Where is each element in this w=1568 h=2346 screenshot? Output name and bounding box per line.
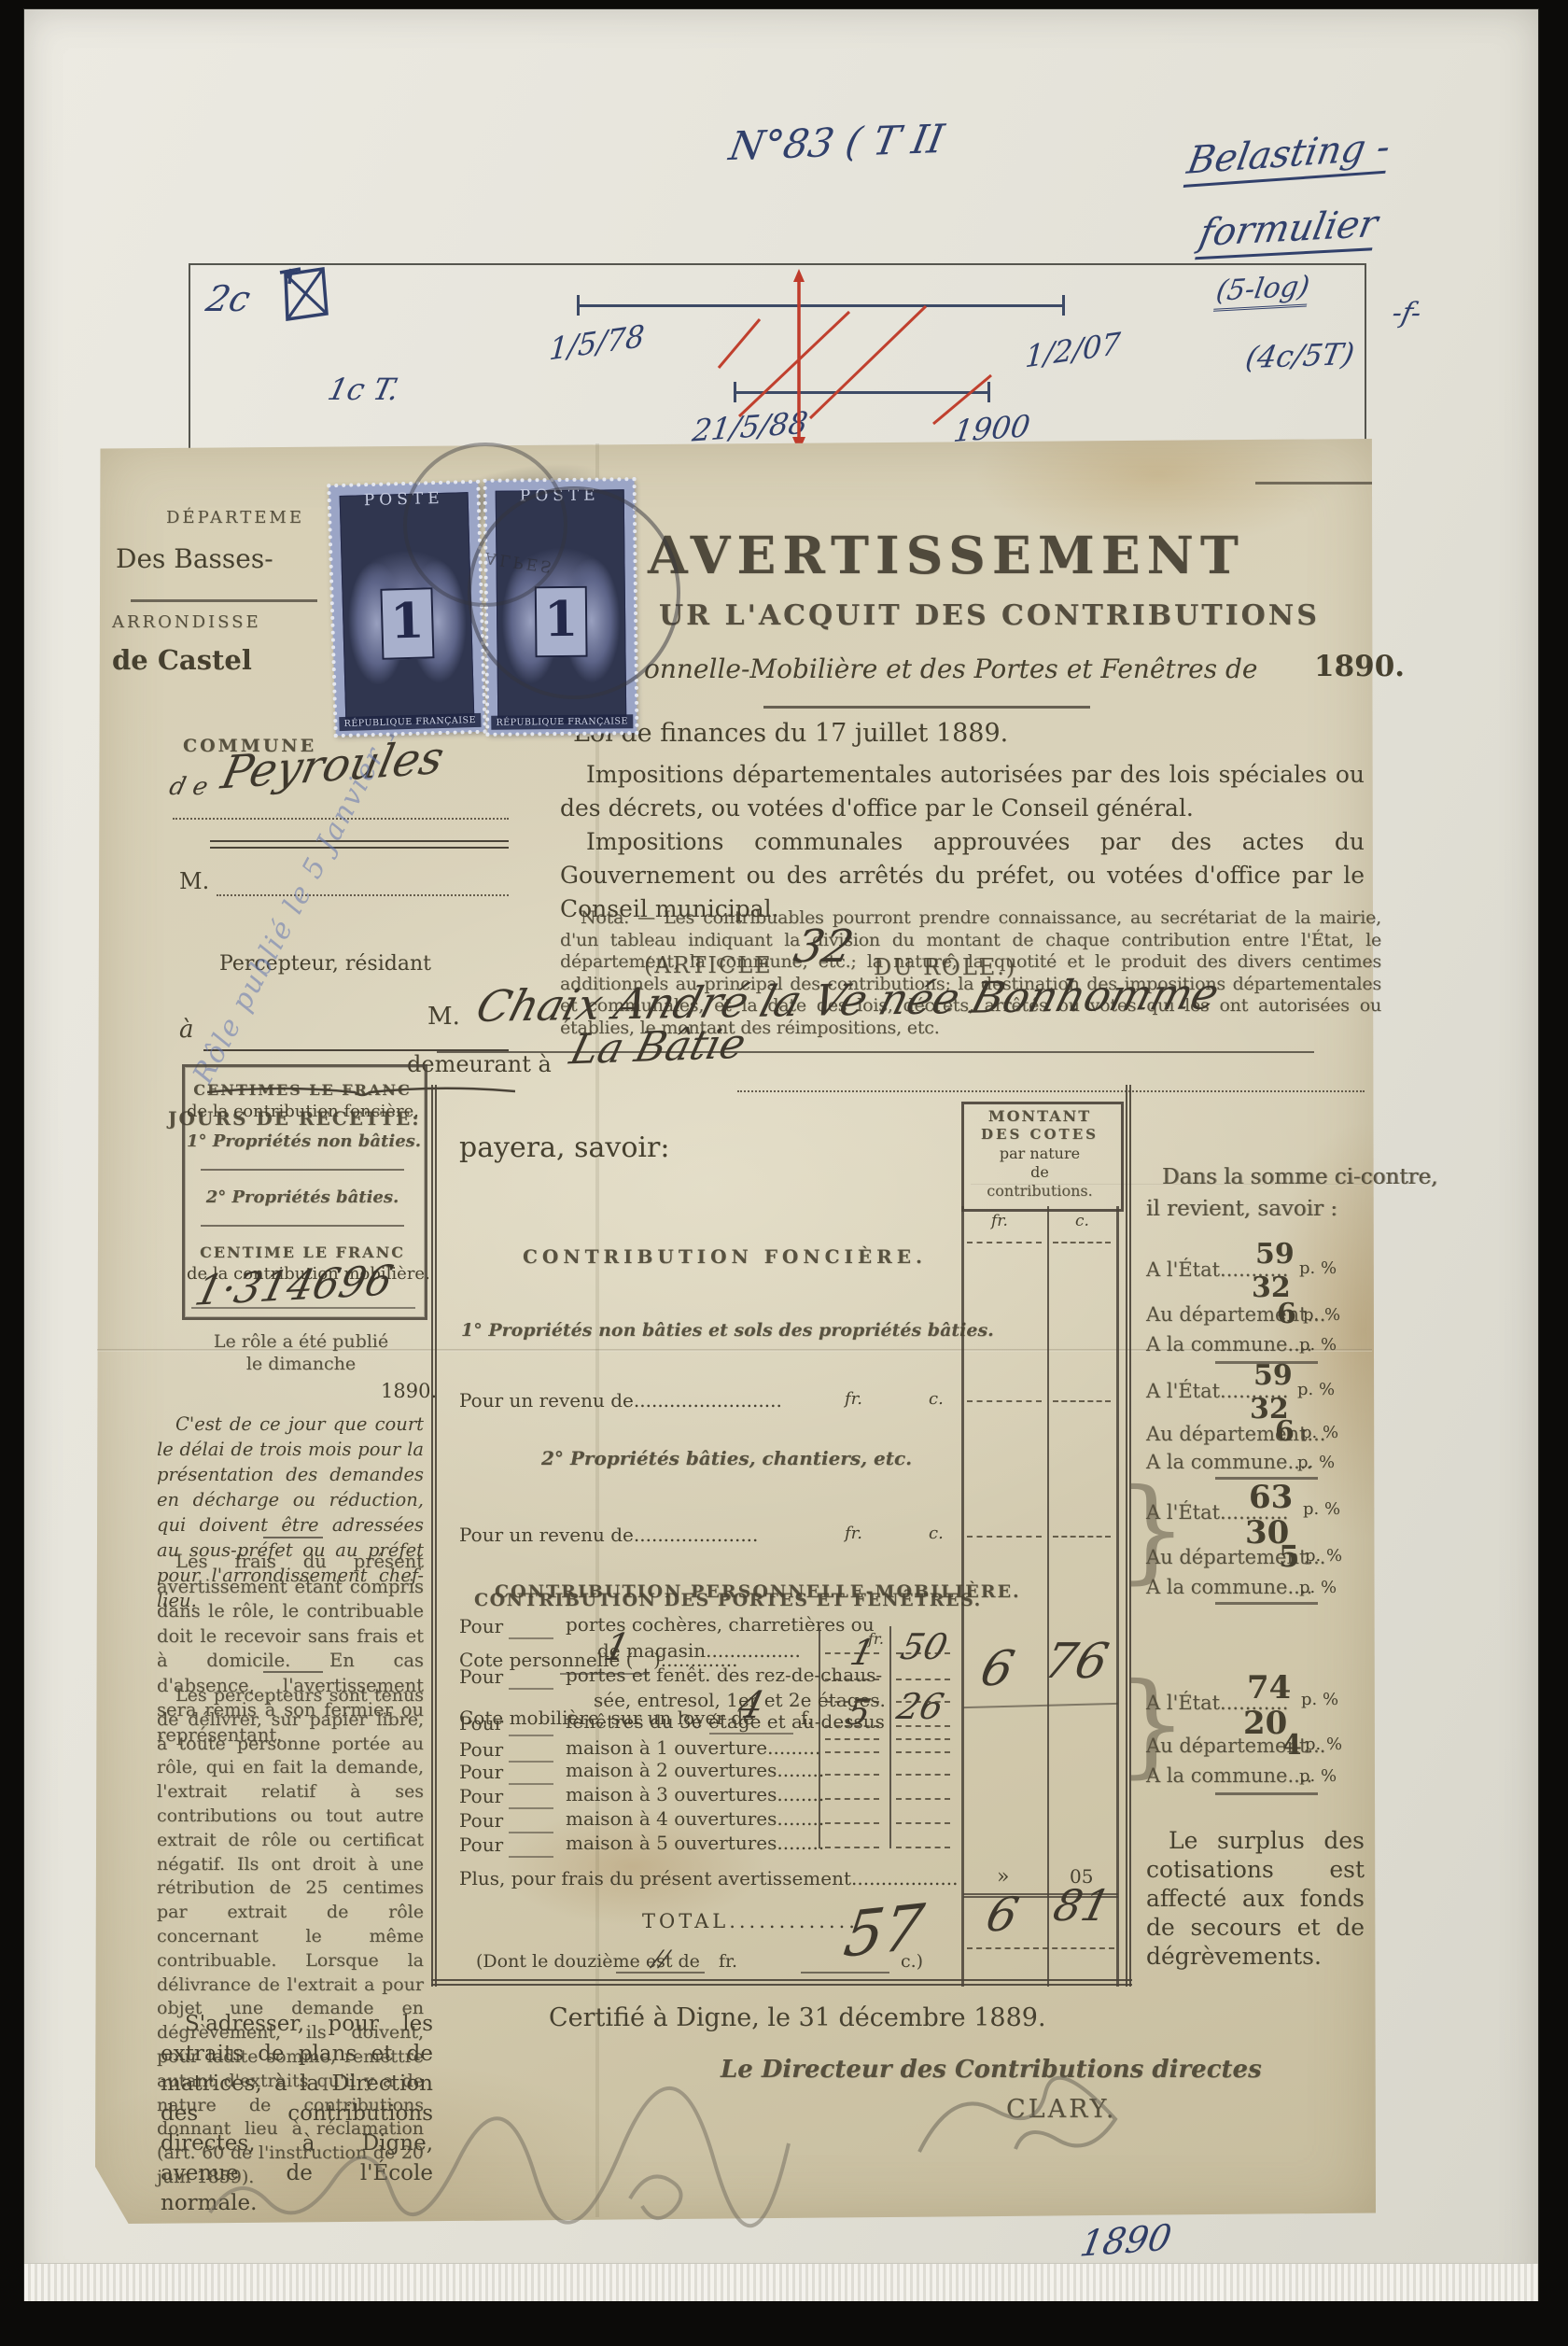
- repartition-header1: Dans la somme ci-contre,: [1162, 1165, 1437, 1189]
- document-subtitle2-year: 1890.: [1314, 650, 1405, 683]
- blank: [509, 1637, 553, 1639]
- divider: [1215, 1602, 1318, 1605]
- centimes-item1: 1° Propriétés non bâties.: [187, 1131, 418, 1151]
- dash: [825, 1847, 879, 1848]
- montant-c-label: c.: [1075, 1212, 1089, 1230]
- dash: [825, 1822, 879, 1824]
- article-pre: (ARTICLE: [644, 952, 773, 978]
- portes-row-text: maison à 1 ouverture.........: [566, 1736, 820, 1759]
- rev2-fr: fr.: [845, 1524, 862, 1543]
- document-title: AVERTISSEMENT: [648, 525, 1245, 585]
- portes-row-blank: [509, 1856, 553, 1858]
- repartition-pc: p. %: [1301, 1423, 1338, 1442]
- rule: [763, 706, 1090, 709]
- portes-row-text: portes cochères, charretières ou: [566, 1613, 875, 1636]
- repartition-dept-label: Au département...: [1146, 1423, 1325, 1445]
- residence-value: La Bâtie: [566, 1020, 751, 1075]
- rule: [437, 1051, 1314, 1053]
- document-subtitle: UR L'ACQUIT DES CONTRIBUTIONS: [659, 599, 1320, 632]
- law-para1: Impositions départementales autorisées p…: [560, 758, 1365, 825]
- portes-row-blank: [509, 1783, 553, 1785]
- arrondissement-value: de Castel: [112, 644, 252, 676]
- portes-row-pour: Pour: [459, 1785, 503, 1807]
- douzieme-blank1: [616, 1972, 705, 1974]
- repartition-etat-top: 63: [1249, 1479, 1293, 1516]
- portes-row-text: maison à 4 ouvertures........: [566, 1807, 824, 1830]
- portes-row-blank: [509, 1832, 553, 1833]
- rule: [210, 847, 509, 849]
- dash: [825, 1751, 879, 1753]
- dash: [825, 1701, 879, 1703]
- repartition-pc: p. %: [1299, 1335, 1337, 1355]
- montant-col-right: [1116, 1206, 1119, 1987]
- repartition-pc: p. %: [1303, 1499, 1340, 1519]
- album-page-bottom-edge: [24, 2263, 1538, 2301]
- repartition-brace: }: [1116, 1466, 1187, 1595]
- timeline-label-1c: 1c T.: [325, 372, 403, 407]
- repartition-header2: il revient, savoir :: [1146, 1197, 1337, 1221]
- section-baties: 2° Propriétés bâties, chantiers, etc.: [541, 1447, 912, 1469]
- centimes-subtitle1: de la contribution foncière.: [187, 1102, 418, 1121]
- montant-header-l4: de: [963, 1163, 1116, 1181]
- repartition-pc: p. %: [1305, 1546, 1342, 1566]
- pencil-scrawl-bottom: [191, 2142, 807, 2245]
- m-field-label: M.: [179, 868, 209, 894]
- rule: [201, 1225, 404, 1227]
- centimes-title1: CENTIMES LE FRANC: [187, 1081, 418, 1099]
- repartition-pc: p. %: [1299, 1578, 1337, 1597]
- portes-row-text: maison à 5 ouvertures........: [566, 1832, 824, 1854]
- portes-row-blank: [509, 1807, 553, 1809]
- portes-row-pour: Pour: [459, 1665, 503, 1688]
- montant-c-value: 76: [1039, 1634, 1113, 1690]
- portes-row-pour: Pour: [459, 1738, 503, 1761]
- portes-row-text2: sée, entresol, 1er et 2e étages.: [594, 1689, 886, 1711]
- role-publie-line1: Le rôle a été publié: [177, 1331, 425, 1352]
- row-nonbaties: 1° Propriétés non bâties et sols des pro…: [461, 1320, 994, 1341]
- repartition-dept-value: 4: [1282, 1729, 1302, 1762]
- dash: [896, 1652, 950, 1654]
- a-field-label: à: [179, 1016, 194, 1044]
- demeurant-label: demeurant à: [407, 1051, 552, 1077]
- taxpayer-m-label: M.: [427, 1003, 460, 1031]
- dash: [896, 1679, 950, 1680]
- repartition-dept-value: 5: [1279, 1538, 1299, 1574]
- stamp-symbol-icon: [276, 265, 334, 327]
- dash: [1053, 1536, 1111, 1538]
- rev1-fr: fr.: [845, 1389, 862, 1409]
- portes-row-pour: Pour: [459, 1615, 503, 1637]
- dash: [896, 1738, 950, 1740]
- portes-row-text: fenêtres du 3e étage et au-dessus: [566, 1710, 885, 1733]
- divider: [263, 1671, 323, 1673]
- dash: [896, 1847, 950, 1848]
- row-revenu1: Pour un revenu de.......................…: [459, 1389, 782, 1412]
- rev1-c: c.: [929, 1389, 944, 1409]
- repartition-pc: p. %: [1299, 1766, 1337, 1786]
- dash: [967, 1536, 1042, 1538]
- repartition-pc: p. %: [1301, 1690, 1338, 1709]
- total-rule: [967, 1947, 1114, 1949]
- role-publie-line2: le dimanche: [177, 1354, 425, 1374]
- blank: [509, 1735, 553, 1736]
- timeline-upper-tick-right: [1062, 295, 1065, 316]
- centimes-item2: 2° Propriétés bâties.: [187, 1187, 418, 1207]
- repartition-etat-top: 74: [1247, 1669, 1291, 1707]
- rule: [210, 840, 509, 842]
- certified-line: Certifié à Digne, le 31 décembre 1889.: [549, 2003, 1046, 2032]
- frais-row-label: Plus, pour frais du présent avertissemen…: [459, 1867, 958, 1889]
- repartition-pc: p. %: [1297, 1380, 1335, 1399]
- repartition-pc: p. %: [1299, 1258, 1337, 1278]
- postmark-icon: [373, 420, 709, 756]
- role-publie-year: 1890.: [381, 1380, 437, 1402]
- catalog-number: N°83 ( T II: [726, 116, 947, 169]
- frais-fr-value: »: [997, 1865, 1009, 1889]
- repartition-pc: p. %: [1303, 1305, 1340, 1325]
- montant-header-l3: par nature: [963, 1145, 1116, 1162]
- section-fonciere: CONTRIBUTION FONCIÈRE.: [523, 1245, 927, 1268]
- portes-row-text: portes et fenêt. des rez-de-chaus-: [566, 1664, 882, 1686]
- departement-label: DÉPARTEME: [166, 508, 304, 527]
- pencil-scrawl-signature: [896, 2054, 1148, 2184]
- repartition-etat-top: 59: [1253, 1359, 1293, 1392]
- dash: [1053, 1242, 1111, 1243]
- portes-row-pour: Pour: [459, 1809, 503, 1832]
- blank: [509, 1761, 553, 1763]
- rev2-c: c.: [929, 1524, 944, 1543]
- portes-row-pour: Pour: [459, 1833, 503, 1856]
- dash: [825, 1798, 879, 1800]
- montant-fr-label: fr.: [991, 1212, 1008, 1230]
- table-left-border: [431, 1085, 437, 1987]
- mini-col-divider: [889, 1626, 891, 1848]
- dash: [896, 1751, 950, 1753]
- total-label: TOTAL...............: [642, 1910, 878, 1932]
- dash: [896, 1798, 950, 1800]
- portes-row-text2: de magasin................: [597, 1639, 801, 1662]
- montant-header-l2: DES COTES: [963, 1126, 1116, 1143]
- cote-personnelle-c-value: 50: [897, 1626, 952, 1667]
- dotted-line: [217, 894, 509, 896]
- douzieme-fr-label: fr.: [719, 1951, 737, 1972]
- rule: [201, 1169, 404, 1171]
- repartition-brace: }: [1116, 1660, 1187, 1790]
- montant-col-divider: [1047, 1206, 1049, 1987]
- montant-header-l5: contributions.: [963, 1182, 1116, 1200]
- dash: [896, 1725, 950, 1727]
- repartition-dept-value: 6: [1277, 1298, 1296, 1330]
- departement-value: Des Basses-: [116, 543, 273, 574]
- divider: [263, 1537, 323, 1538]
- surplus-note: Le surplus des cotisations est affecté a…: [1146, 1826, 1365, 1971]
- dash: [825, 1774, 879, 1776]
- cote-mobiliere-c-value: 26: [893, 1686, 948, 1727]
- portes-row-pour: Pour: [459, 1761, 503, 1783]
- repartition-pc: p. %: [1297, 1453, 1335, 1472]
- blank: [509, 1688, 553, 1690]
- dash: [967, 1242, 1042, 1243]
- repartition-pc: p. %: [1305, 1735, 1342, 1754]
- document-subtitle2: onnelle-Mobilière et des Portes et Fenêt…: [644, 653, 1257, 684]
- douzieme-post: c.): [901, 1951, 923, 1972]
- total-c-value: 81: [1049, 1880, 1115, 1931]
- repartition-commune-label: A la commune....: [1146, 1333, 1312, 1356]
- dash: [1053, 1400, 1111, 1402]
- portes-row-pour: Pour: [459, 1712, 503, 1735]
- douzieme-blank2: [801, 1972, 889, 1974]
- table-bottom-border: [431, 1979, 1132, 1986]
- dash: [896, 1774, 950, 1776]
- montant-header-l1: MONTANT: [963, 1107, 1116, 1125]
- repartition-etat-top: 59: [1255, 1238, 1295, 1271]
- divider: [1215, 1792, 1318, 1795]
- rule: [131, 599, 317, 602]
- red-hatch-annotation: [691, 297, 1017, 432]
- dotted-line: [737, 1090, 1365, 1092]
- album-year: 1890: [1077, 2216, 1174, 2264]
- dash: [967, 1400, 1042, 1402]
- dash: [896, 1701, 950, 1703]
- row-revenu2: Pour un revenu de.....................: [459, 1524, 758, 1546]
- rule: [191, 1307, 415, 1309]
- dash: [825, 1652, 879, 1654]
- blank-line: [709, 1733, 793, 1735]
- payera-label: payera, savoir:: [459, 1131, 669, 1164]
- dash: [825, 1725, 879, 1727]
- article-number: 32: [790, 920, 859, 973]
- arrondissement-label: ARRONDISSE: [112, 612, 261, 632]
- rule: [1255, 482, 1372, 485]
- language-note-line2: formulier: [1195, 203, 1381, 260]
- portes-row-text: maison à 3 ouvertures........: [566, 1783, 824, 1805]
- dash: [825, 1738, 879, 1740]
- commune-script-pre: d e: [167, 773, 211, 801]
- timeline-upper-tick-left: [577, 295, 580, 316]
- dash: [896, 1822, 950, 1824]
- portes-row-text: maison à 2 ouvertures........: [566, 1759, 824, 1781]
- repartition-dept-label: Au département...: [1146, 1303, 1325, 1326]
- repartition-dept-value: 6: [1275, 1415, 1295, 1448]
- contribution-portes-header: CONTRIBUTION DES PORTES ET FENÊTRES.: [474, 1590, 982, 1610]
- scanned-album-page: N°83 ( T II Belasting - formulier (5-log…: [0, 0, 1568, 2346]
